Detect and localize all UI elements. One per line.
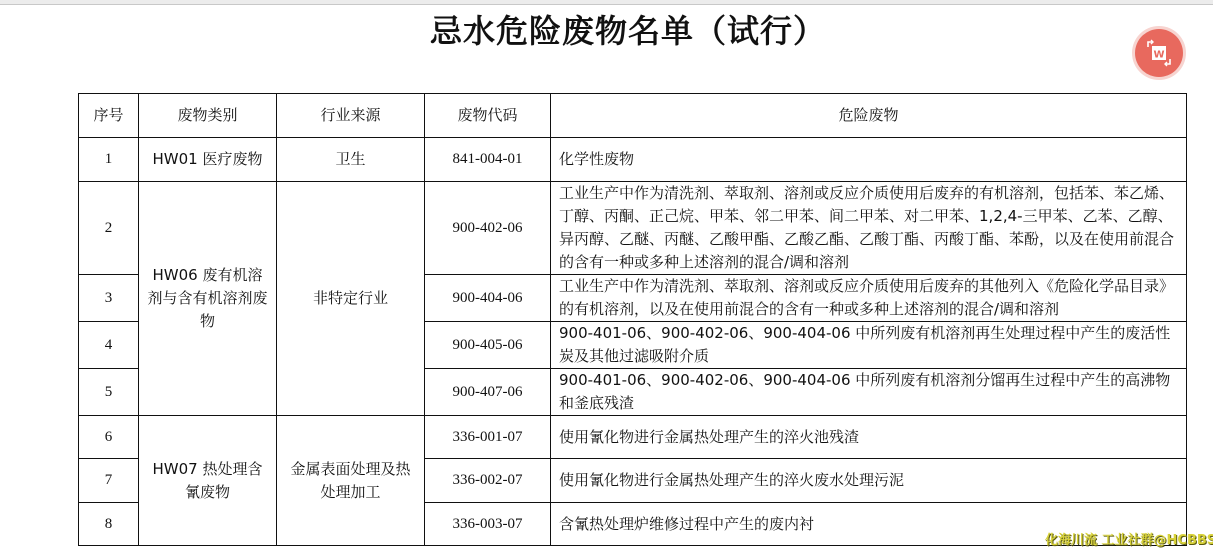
waste-code: 336-001-07 [425, 416, 551, 459]
table-row: 1 HW01 医疗废物 卫生 841-004-01 化学性废物 [79, 138, 1187, 182]
header-waste-code: 废物代码 [425, 94, 551, 138]
table-header-row: 序号 废物类别 行业来源 废物代码 危险废物 [79, 94, 1187, 138]
waste-category: HW01 医疗废物 [139, 138, 277, 182]
serial-no: 4 [79, 322, 139, 369]
waste-description: 工业生产中作为清洗剂、萃取剂、溶剂或反应介质使用后废弃的有机溶剂，包括苯、苯乙烯… [551, 182, 1187, 275]
industry-source: 金属表面处理及热处理加工 [277, 416, 425, 546]
serial-no: 7 [79, 459, 139, 503]
serial-no: 1 [79, 138, 139, 182]
waste-category: HW06 废有机溶剂与含有机溶剂废物 [139, 182, 277, 416]
svg-text:W: W [1153, 50, 1164, 61]
word-convert-icon: W [1144, 38, 1174, 68]
header-hazardous-waste: 危险废物 [551, 94, 1187, 138]
header-waste-category: 废物类别 [139, 94, 277, 138]
waste-description: 化学性废物 [551, 138, 1187, 182]
serial-no: 2 [79, 182, 139, 275]
waste-description: 工业生产中作为清洗剂、萃取剂、溶剂或反应介质使用后废弃的其他列入《危险化学品目录… [551, 275, 1187, 322]
waste-description: 使用氰化物进行金属热处理产生的淬火废水处理污泥 [551, 459, 1187, 503]
serial-no: 6 [79, 416, 139, 459]
waste-code: 841-004-01 [425, 138, 551, 182]
header-industry-source: 行业来源 [277, 94, 425, 138]
waste-code: 336-002-07 [425, 459, 551, 503]
industry-source: 非特定行业 [277, 182, 425, 416]
waste-code: 900-405-06 [425, 322, 551, 369]
waste-category: HW07 热处理含氰废物 [139, 416, 277, 546]
waste-code: 900-404-06 [425, 275, 551, 322]
waste-description: 900-401-06、900-402-06、900-404-06 中所列废有机溶… [551, 322, 1187, 369]
hazardous-waste-table: 序号 废物类别 行业来源 废物代码 危险废物 1 HW01 医疗废物 卫生 84… [78, 93, 1187, 546]
waste-description: 使用氰化物进行金属热处理产生的淬火池残渣 [551, 416, 1187, 459]
waste-code: 900-402-06 [425, 182, 551, 275]
waste-code: 336-003-07 [425, 503, 551, 546]
waste-description: 900-401-06、900-402-06、900-404-06 中所列废有机溶… [551, 369, 1187, 416]
watermark: 化海川流 工业社群@HCBBS [1045, 529, 1213, 548]
serial-no: 5 [79, 369, 139, 416]
serial-no: 8 [79, 503, 139, 546]
header-serial-no: 序号 [79, 94, 139, 138]
waste-code: 900-407-06 [425, 369, 551, 416]
table-row: 2 HW06 废有机溶剂与含有机溶剂废物 非特定行业 900-402-06 工业… [79, 182, 1187, 275]
serial-no: 3 [79, 275, 139, 322]
page-title: 忌水危险废物名单（试行） [0, 6, 1213, 52]
browser-top-bar [0, 0, 1213, 5]
industry-source: 卫生 [277, 138, 425, 182]
convert-to-word-button[interactable]: W [1135, 29, 1183, 77]
table-row: 6 HW07 热处理含氰废物 金属表面处理及热处理加工 336-001-07 使… [79, 416, 1187, 459]
